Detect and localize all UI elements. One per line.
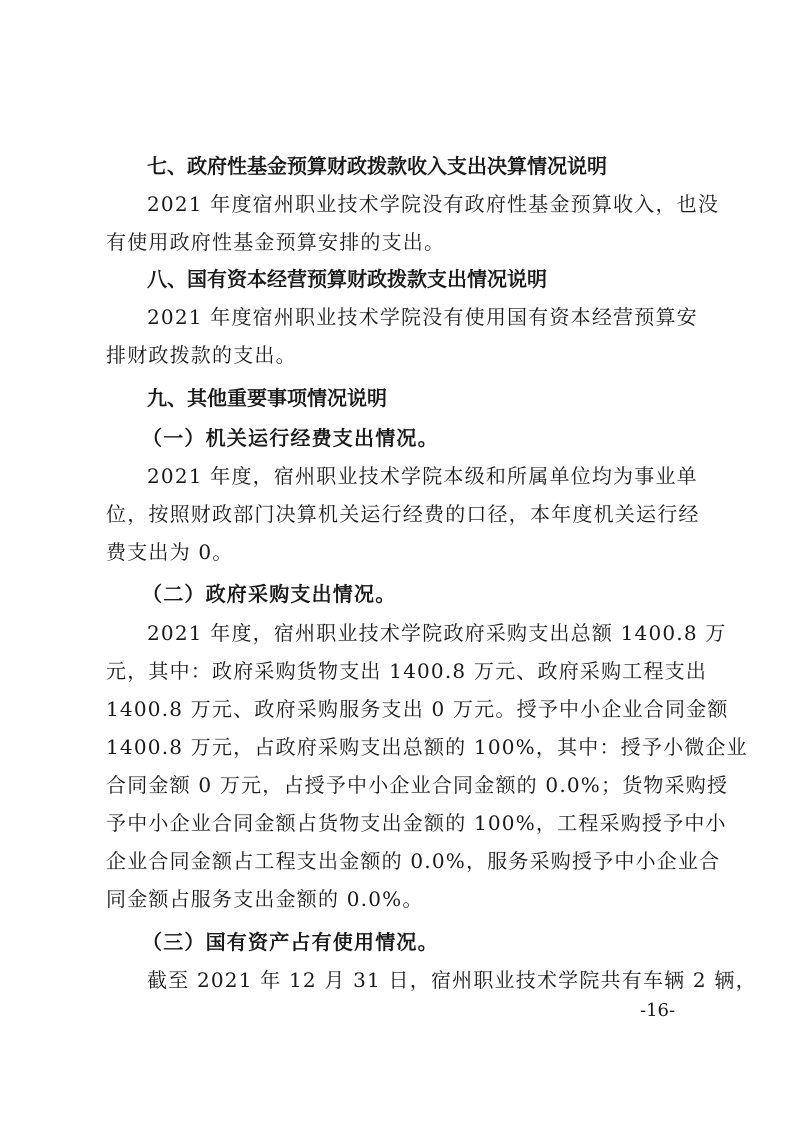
paragraph-line: 费支出为 0。 <box>106 538 696 566</box>
paragraph-line: 1400.8 万元，占政府采购支出总额的 100%，其中：授予小微企业 <box>106 733 696 761</box>
paragraph-line: 1400.8 万元、政府采购服务支出 0 万元。授予中小企业合同金额 <box>106 695 696 723</box>
paragraph-line: 元，其中：政府采购货物支出 1400.8 万元、政府采购工程支出 <box>106 657 696 685</box>
paragraph-line: 同金额占服务支出金额的 0.0%。 <box>106 885 696 913</box>
section-heading-9: 九、其他重要事项情况说明 <box>147 384 696 412</box>
paragraph-line: 有使用政府性基金预算安排的支出。 <box>106 228 696 256</box>
paragraph-line: 2021 年度宿州职业技术学院没有使用国有资本经营预算安 <box>147 303 696 331</box>
paragraph-line: 合同金额 0 万元，占授予中小企业合同金额的 0.0%；货物采购授 <box>106 771 696 799</box>
document-page: 七、政府性基金预算财政拨款收入支出决算情况说明 2021 年度宿州职业技术学院没… <box>0 0 794 1122</box>
paragraph-line: 截至 2021 年 12 月 31 日，宿州职业技术学院共有车辆 2 辆， <box>147 966 696 994</box>
paragraph-line: 2021 年度，宿州职业技术学院本级和所属单位均为事业单 <box>147 462 696 490</box>
subsection-heading-1: （一）机关运行经费支出情况。 <box>142 424 732 452</box>
page-number: -16- <box>640 1000 675 1021</box>
paragraph-line: 2021 年度宿州职业技术学院没有政府性基金预算收入，也没 <box>147 190 696 218</box>
subsection-heading-2: （二）政府采购支出情况。 <box>142 580 732 608</box>
paragraph-line: 位，按照财政部门决算机关运行经费的口径，本年度机关运行经 <box>106 500 696 528</box>
section-heading-8: 八、国有资本经营预算财政拨款支出情况说明 <box>147 265 696 293</box>
paragraph-line: 2021 年度，宿州职业技术学院政府采购支出总额 1400.8 万 <box>147 619 696 647</box>
paragraph-line: 企业合同金额占工程支出金额的 0.0%，服务采购授予中小企业合 <box>106 847 696 875</box>
paragraph-line: 排财政拨款的支出。 <box>106 341 696 369</box>
section-heading-7: 七、政府性基金预算财政拨款收入支出决算情况说明 <box>147 152 696 180</box>
paragraph-line: 予中小企业合同金额占货物支出金额的 100%，工程采购授予中小 <box>106 809 696 837</box>
subsection-heading-3: （三）国有资产占有使用情况。 <box>142 928 732 956</box>
